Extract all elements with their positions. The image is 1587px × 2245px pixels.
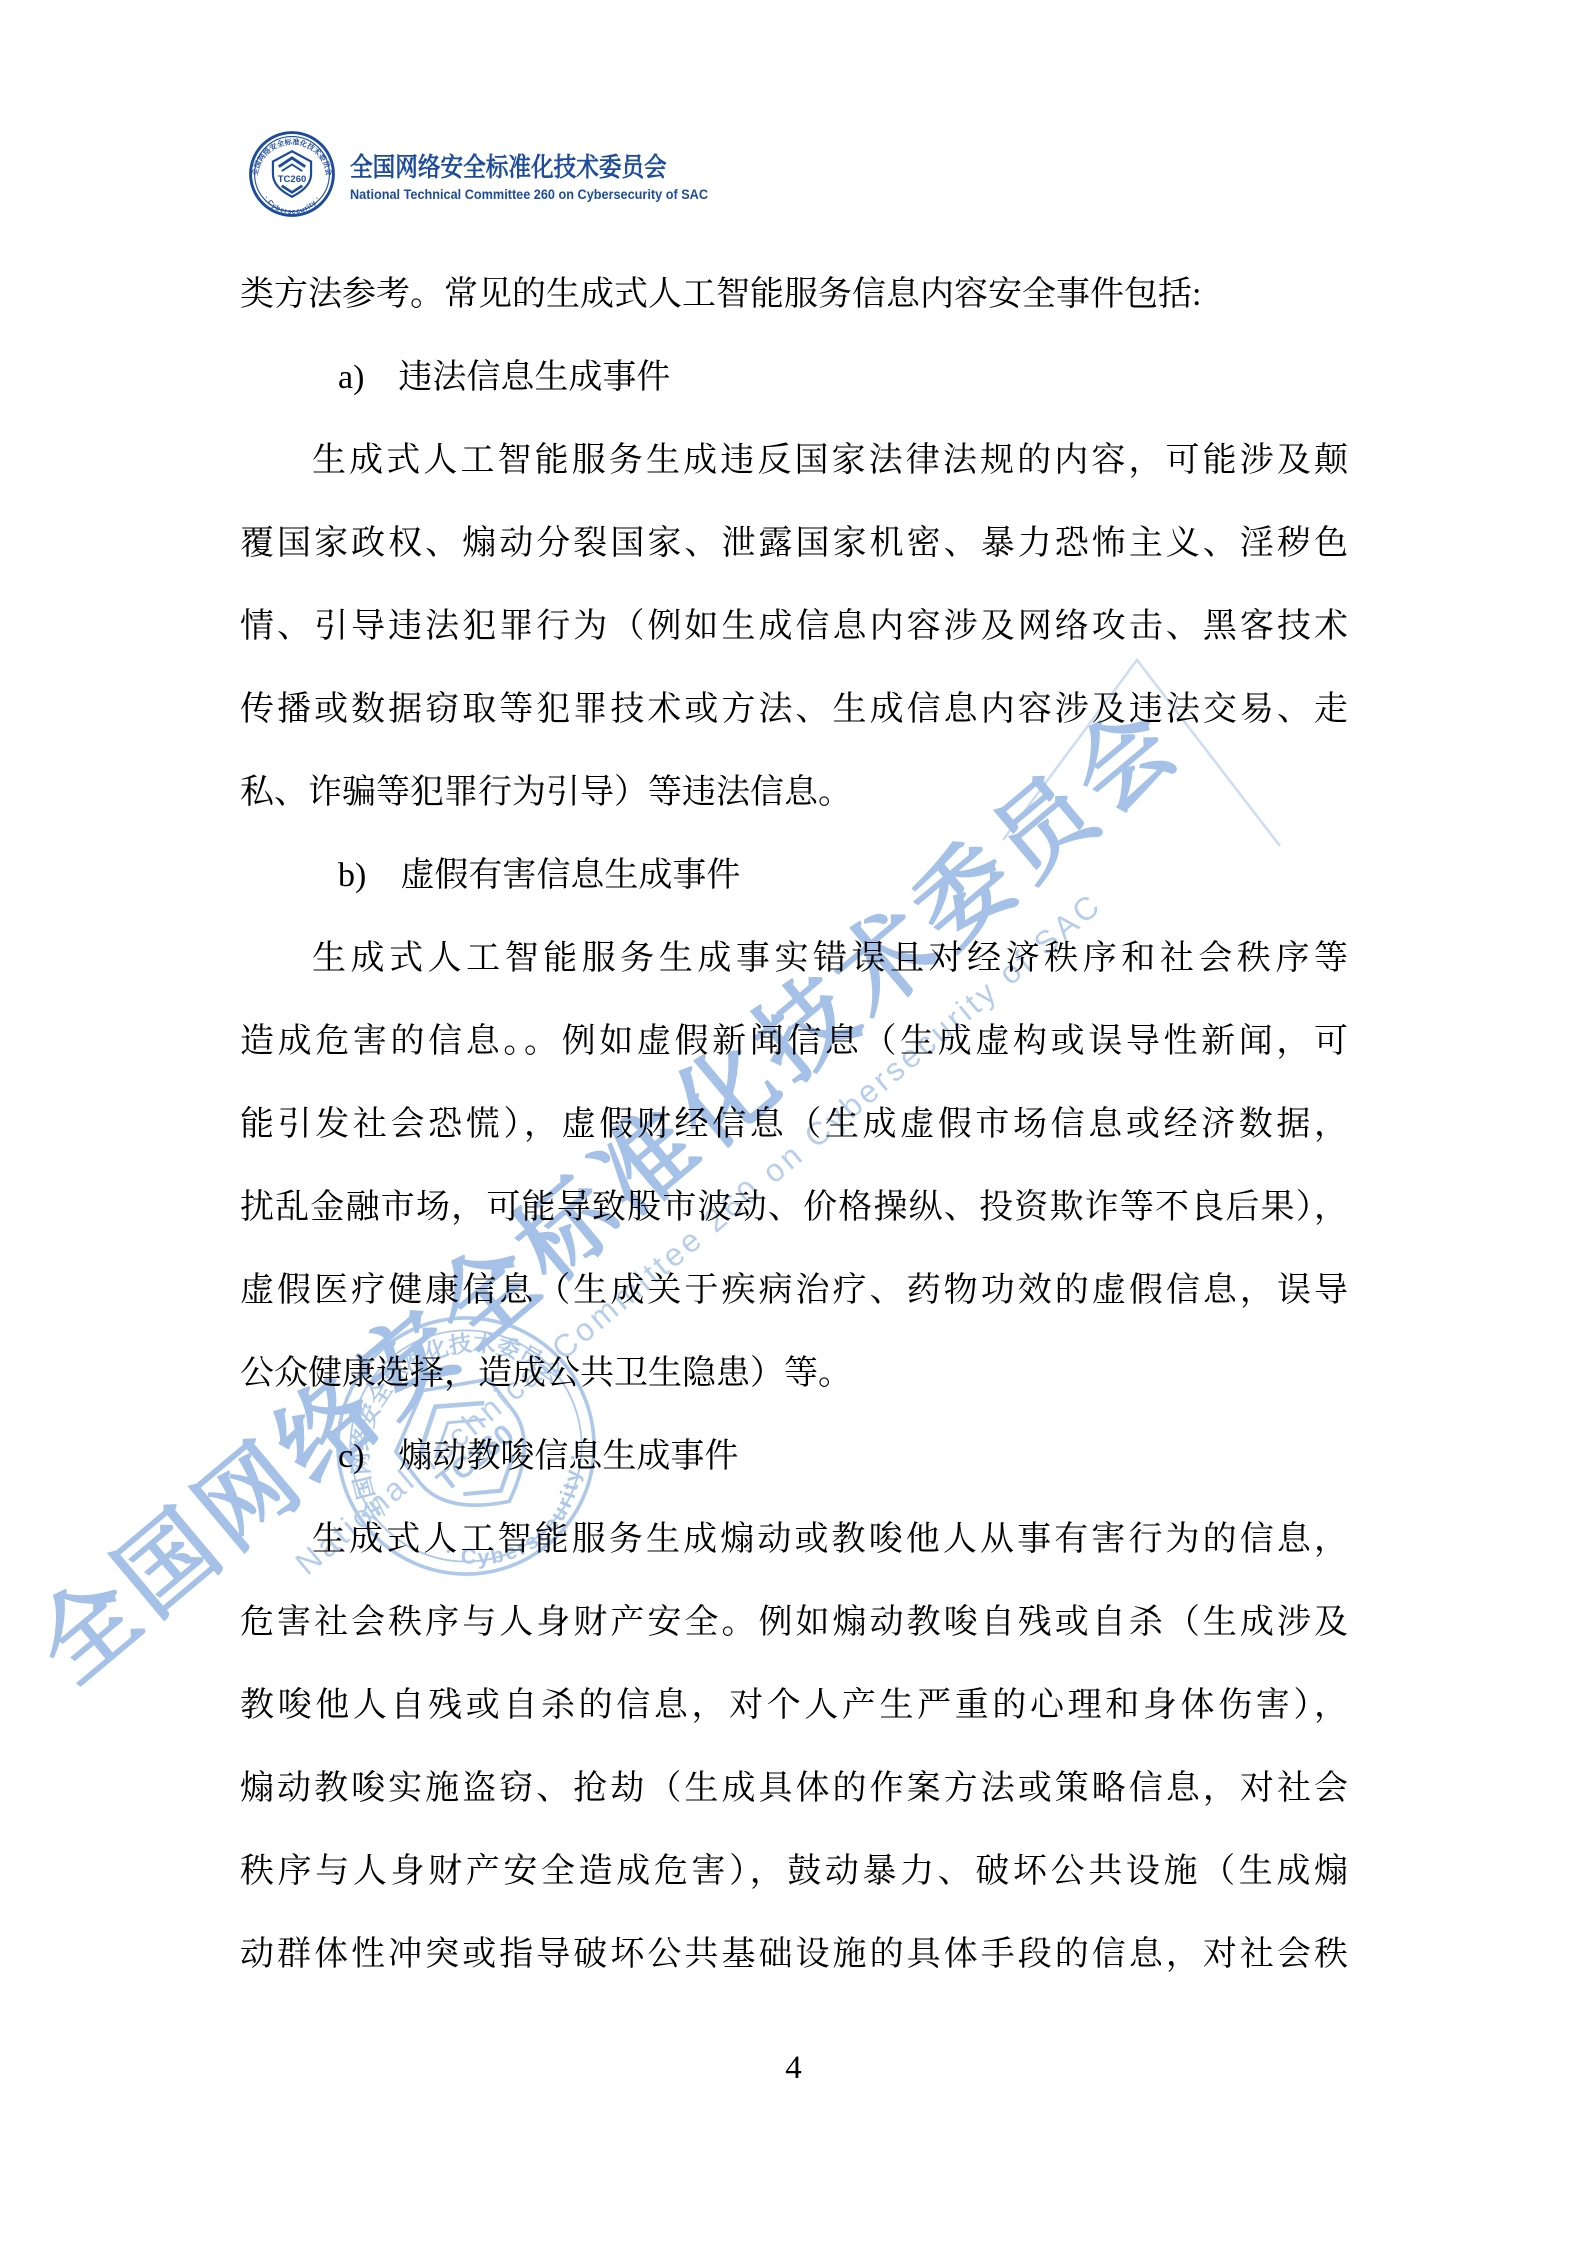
document-body: 类方法参考。常见的生成式人工智能服务信息内容安全事件包括:a) 违法信息生成事件…	[240, 253, 1348, 1996]
text-line: 传播或数据窃取等犯罪技术或方法、生成信息内容涉及违法交易、走	[240, 668, 1348, 751]
text-line: b) 虚假有害信息生成事件	[240, 834, 1348, 917]
page-number: 4	[0, 2048, 1587, 2088]
committee-header-text: 全国网络安全标准化技术委员会 National Technical Commit…	[350, 147, 731, 202]
text-line: 情、引导违法犯罪行为（例如生成信息内容涉及网络攻击、黑客技术	[240, 585, 1348, 668]
committee-title-zh: 全国网络安全标准化技术委员会	[350, 147, 681, 184]
text-line: 生成式人工智能服务生成违反国家法律法规的内容，可能涉及颠	[240, 419, 1348, 502]
text-line: 虚假医疗健康信息（生成关于疾病治疗、药物功效的虚假信息，误导	[240, 1249, 1348, 1332]
text-line: 造成危害的信息。。例如虚假新闻信息（生成虚构或误导性新闻，可	[240, 1000, 1348, 1083]
text-line: 公众健康选择，造成公共卫生隐患）等。	[240, 1332, 1348, 1415]
committee-title-en: National Technical Committee 260 on Cybe…	[350, 187, 708, 202]
text-line: 动群体性冲突或指导破坏公共基础设施的具体手段的信息，对社会秩	[240, 1913, 1348, 1996]
text-line: 煽动教唆实施盗窃、抢劫（生成具体的作案方法或策略信息，对社会	[240, 1747, 1348, 1830]
text-line: 私、诈骗等犯罪行为引导）等违法信息。	[240, 751, 1348, 834]
text-line: 扰乱金融市场，可能导致股市波动、价格操纵、投资欺诈等不良后果），	[240, 1166, 1348, 1249]
text-line: c) 煽动教唆信息生成事件	[240, 1415, 1348, 1498]
text-line: 覆国家政权、煽动分裂国家、泄露国家机密、暴力恐怖主义、淫秽色	[240, 502, 1348, 585]
text-line: 生成式人工智能服务生成煽动或教唆他人从事有害行为的信息，	[240, 1498, 1348, 1581]
text-line: 能引发社会恐慌），虚假财经信息（生成虚假市场信息或经济数据，	[240, 1083, 1348, 1166]
text-line: a) 违法信息生成事件	[240, 336, 1348, 419]
text-line: 生成式人工智能服务生成事实错误且对经济秩序和社会秩序等	[240, 917, 1348, 1000]
committee-header: 全国网络安全标准化技术委员会 National Technical Commit…	[248, 130, 731, 218]
document-page: 全国网络安全标准化技术委员会 · Cybersecurity · TC260 全…	[0, 0, 1587, 2245]
text-line: 危害社会秩序与人身财产安全。例如煽动教唆自残或自杀（生成涉及	[240, 1581, 1348, 1664]
text-line: 教唆他人自残或自杀的信息，对个人产生严重的心理和身体伤害），	[240, 1664, 1348, 1747]
text-line: 秩序与人身财产安全造成危害），鼓动暴力、破坏公共设施（生成煽	[240, 1830, 1348, 1913]
text-line: 类方法参考。常见的生成式人工智能服务信息内容安全事件包括:	[240, 253, 1348, 336]
tc260-seal-logo-icon	[248, 130, 336, 218]
